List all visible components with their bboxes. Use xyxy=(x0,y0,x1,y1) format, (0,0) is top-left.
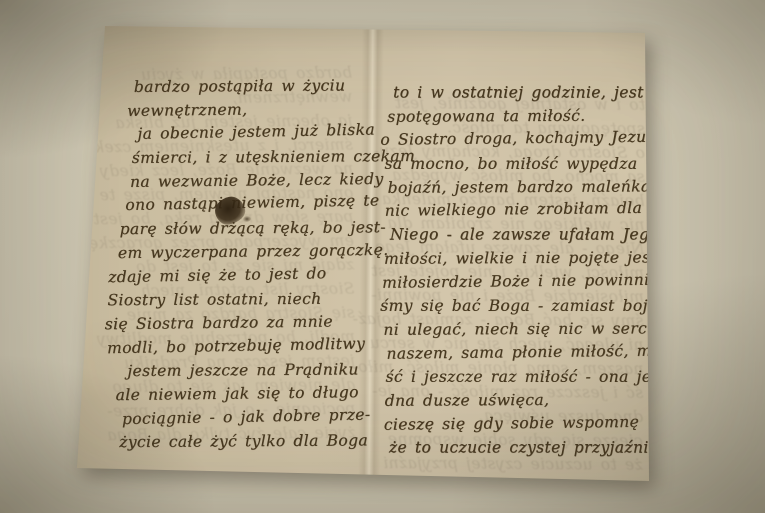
letter-paper: bardzo postąpiła w życiuwewnętrznem,ja o… xyxy=(0,0,765,513)
handwritten-line: ni ulegać, niech się nic w sercu xyxy=(383,317,678,342)
handwritten-line: Niego - ale zawsze ufałam Jego xyxy=(390,224,677,248)
handwritten-line: sa mocno, bo miłość wypędza xyxy=(384,153,676,177)
page-right: to i w ostatniej godzinie, jestspotęgowa… xyxy=(0,80,678,463)
handwritten-line: to i w ostatniej godzinie, jest xyxy=(393,82,676,106)
handwritten-line: miłosierdzie Boże i nie powinni- xyxy=(382,268,678,295)
handwritten-line: ść i jeszcze raz miłość - ona je- xyxy=(386,366,678,390)
handwritten-line: miłości, wielkie i nie pojęte jest xyxy=(384,246,678,271)
handwritten-line: nic wielkiego nie zrobiłam dla xyxy=(385,197,678,224)
handwritten-line: dna dusze uświęca, xyxy=(385,388,679,413)
handwritten-line: cieszę się gdy sobie wspomnę xyxy=(384,410,679,437)
handwritten-line: naszem, sama płonie miłość, miło- xyxy=(386,339,678,366)
handwritten-line: że to uczucie czystej przyjaźni xyxy=(389,437,678,461)
photo: bardzo postąpiła w życiuwewnętrznem,ja o… xyxy=(0,0,765,513)
handwritten-line: o Siostro droga, kochajmy Jezu- xyxy=(380,126,677,153)
paper-shadow: bardzo postąpiła w życiuwewnętrznem,ja o… xyxy=(0,0,765,513)
handwritten-line: śmy się bać Boga - zamiast bojaź- xyxy=(380,295,677,319)
